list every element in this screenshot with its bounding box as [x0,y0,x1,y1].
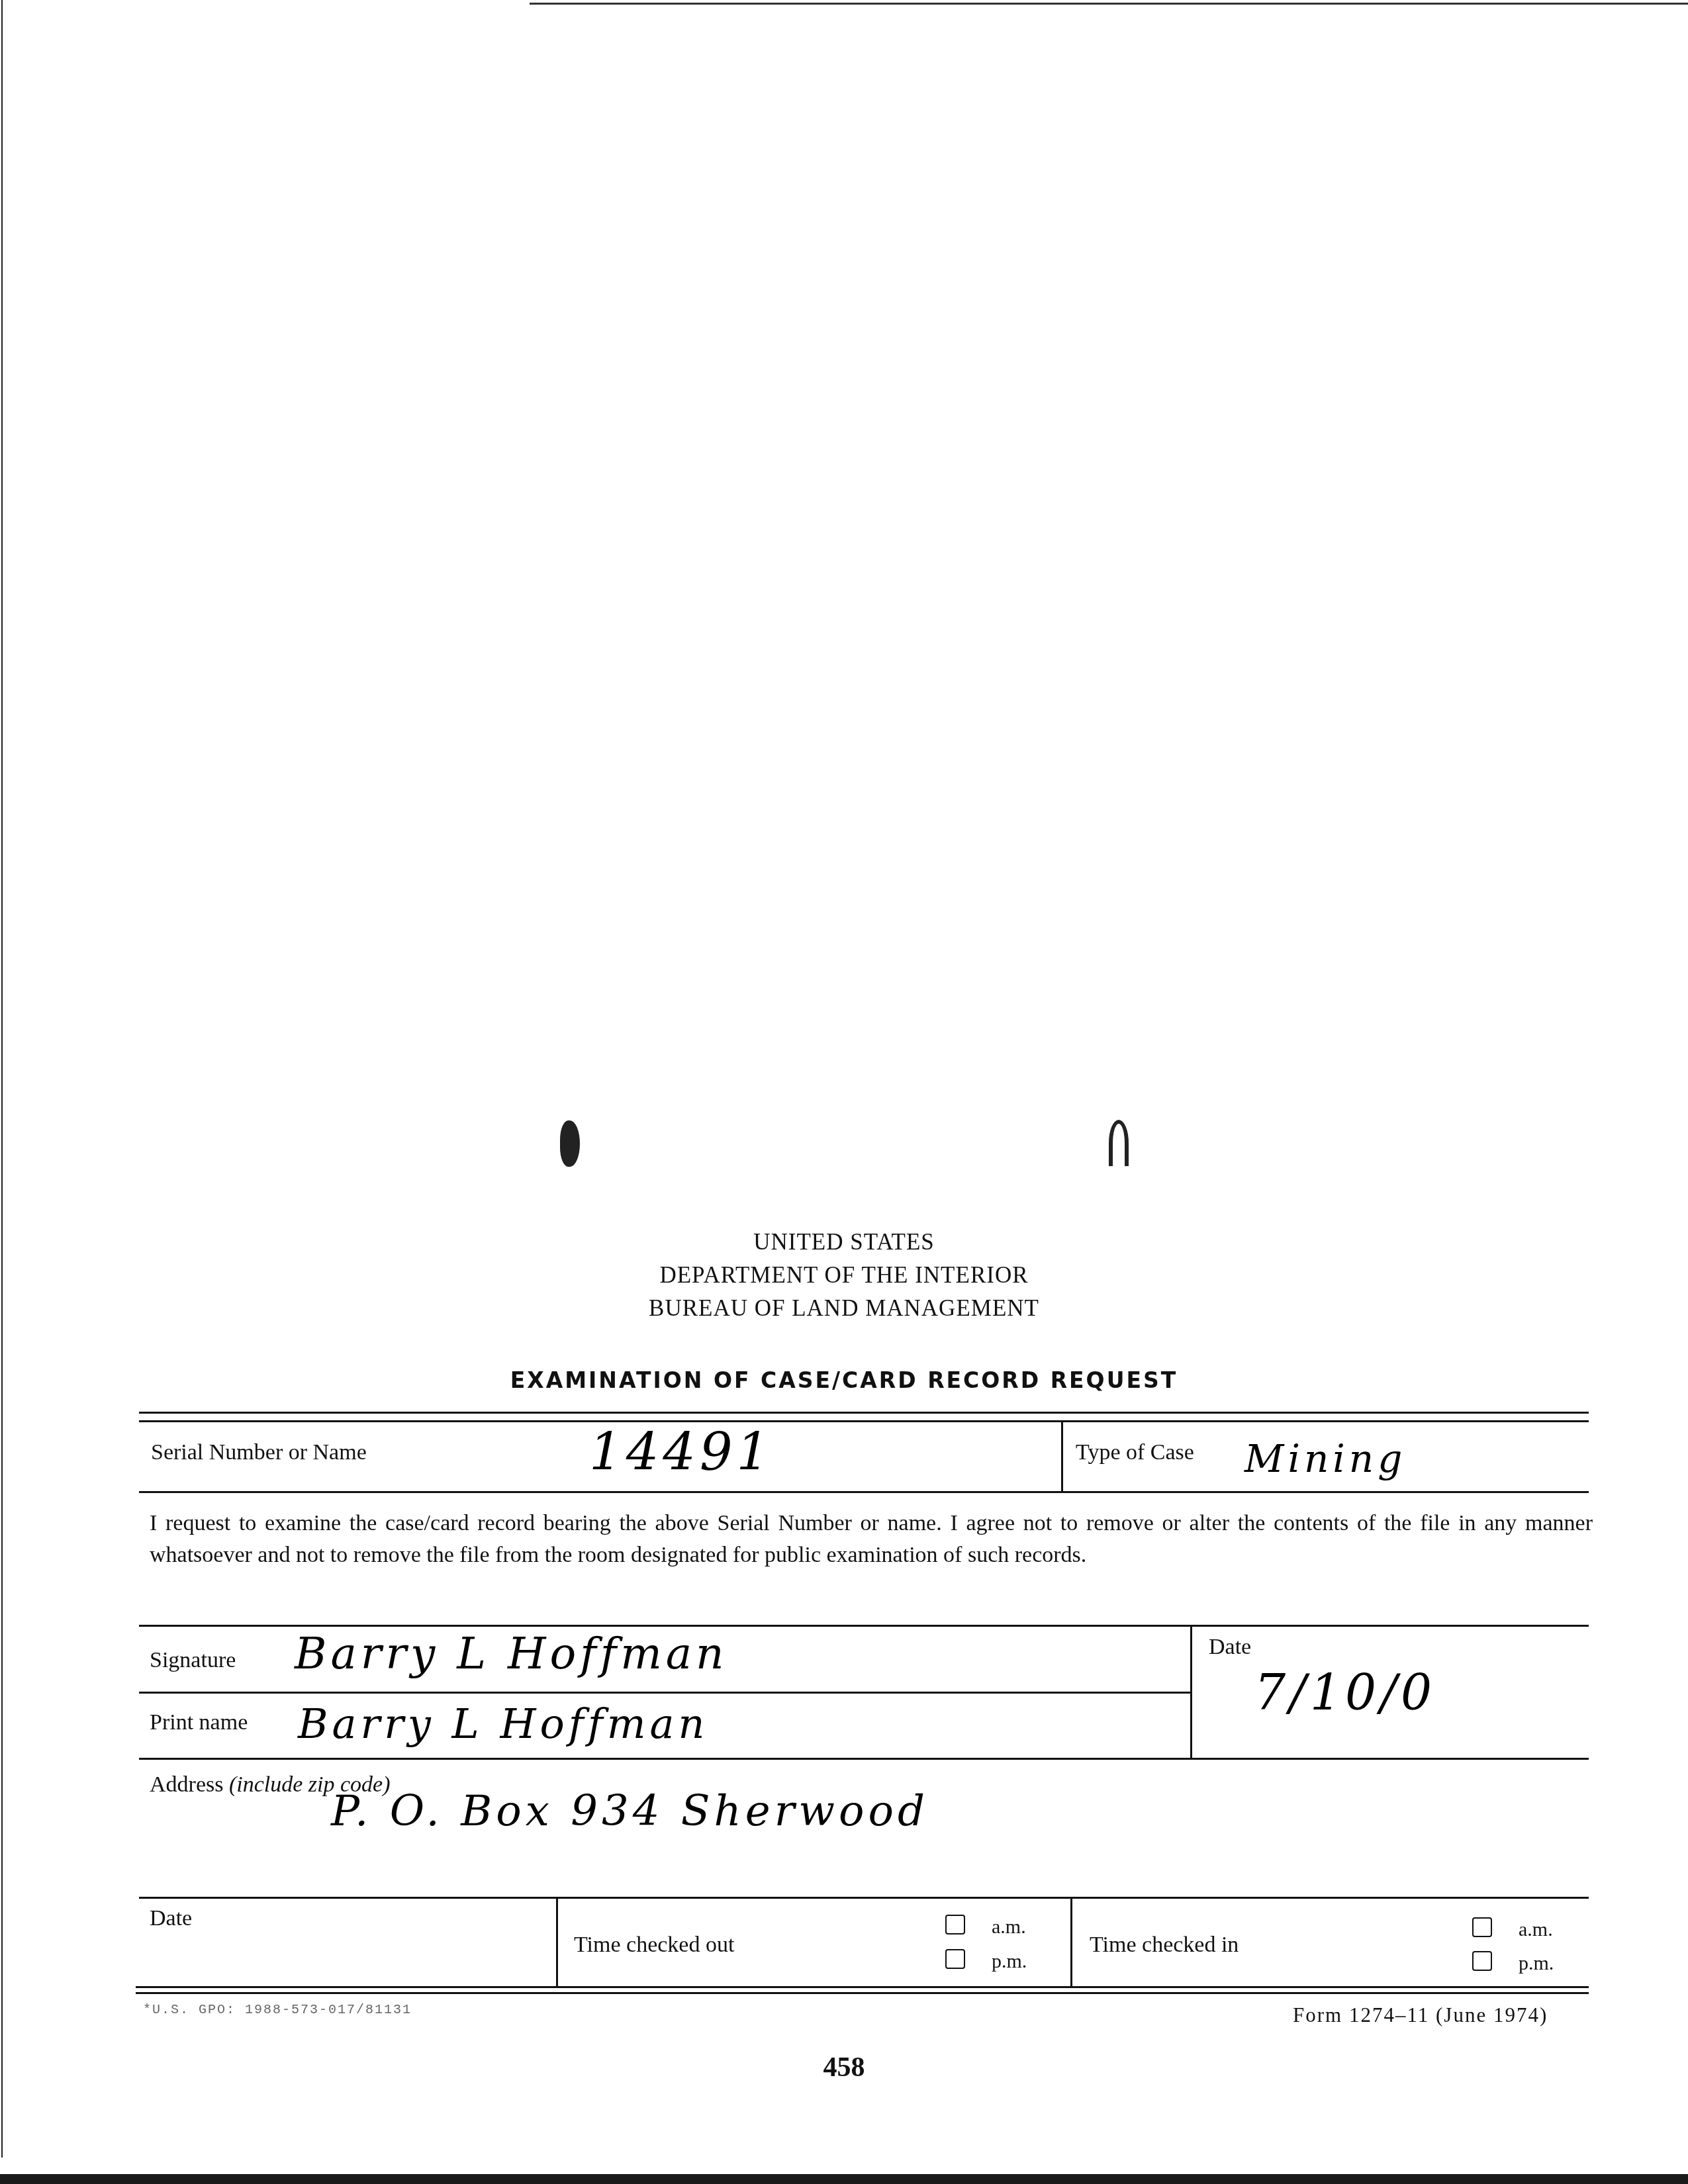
form-id: Form 1274–11 (June 1974) [1293,2003,1548,2027]
request-date-field[interactable]: 7/10/0 [1254,1664,1436,1721]
serial-field[interactable]: 14491 [589,1423,773,1482]
rule [136,1992,1589,1994]
agreement-text: I request to examine the case/card recor… [150,1508,1593,1571]
divider [1070,1898,1072,1987]
signature-field[interactable]: Barry L Hoffman [295,1628,728,1679]
rule [139,1692,1192,1694]
rule [139,1412,1589,1414]
time-in-am-label: a.m. [1519,1919,1553,1941]
rule [136,1986,1589,1988]
divider [556,1898,558,1987]
agency-line-2: DEPARTMENT OF THE INTERIOR [0,1262,1688,1289]
time-in-am-checkbox[interactable] [1472,1917,1492,1937]
printer-code: *U.S. GPO: 1988-573-017/81131 [143,2003,412,2018]
page-number: 458 [0,2052,1688,2083]
agency-line-1: UNITED STATES [0,1229,1688,1255]
rule [139,1897,1589,1899]
agency-line-3: BUREAU OF LAND MANAGEMENT [0,1295,1688,1322]
request-date-label: Date [1209,1635,1251,1660]
time-out-am-label: a.m. [992,1916,1026,1938]
scan-edge-left [1,0,3,2158]
time-in-pm-checkbox[interactable] [1472,1951,1492,1971]
time-out-am-checkbox[interactable] [945,1915,965,1934]
checkout-date-label: Date [150,1906,192,1931]
divider [1061,1422,1063,1491]
case-type-label: Type of Case [1076,1440,1194,1465]
print-name-field[interactable]: Barry L Hoffman [298,1700,708,1748]
time-in-pm-label: p.m. [1519,1952,1554,1975]
serial-label: Serial Number or Name [151,1440,367,1465]
signature-label: Signature [150,1648,236,1673]
scan-edge-bottom [0,2174,1688,2184]
address-field[interactable]: P. O. Box 934 Sherwood [331,1787,929,1836]
time-out-label: Time checked out [574,1933,734,1958]
form-title: EXAMINATION OF CASE/CARD RECORD REQUEST [0,1367,1688,1393]
case-type-field[interactable]: Mining [1244,1436,1406,1481]
punch-hole-left [560,1120,580,1167]
rule [139,1625,1589,1627]
time-out-pm-label: p.m. [992,1950,1027,1973]
rule [139,1491,1589,1493]
rule [139,1420,1589,1422]
address-label-text: Address [150,1772,223,1797]
punch-hole-right [1109,1120,1129,1166]
divider [1190,1627,1192,1759]
time-out-pm-checkbox[interactable] [945,1949,965,1969]
checkout-date-field[interactable] [150,1933,547,1972]
scan-edge-top [530,3,1688,5]
time-in-label: Time checked in [1090,1933,1239,1958]
print-name-label: Print name [150,1710,248,1735]
rule [139,1758,1589,1760]
